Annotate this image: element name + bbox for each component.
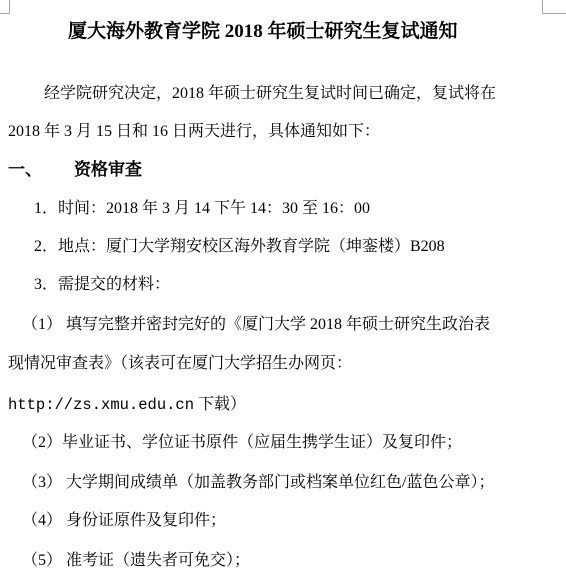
material-2: （2）毕业证书、学位证书原件（应届生携学生证）及复印件； (22, 433, 462, 453)
item-location: 2．地点：厦门大学翔安校区海外教育学院（坤銮楼）B208 (34, 237, 445, 257)
intro-line-1: 经学院研究决定，2018 年硕士研究生复试时间已确定，复试将在 (44, 84, 496, 104)
download-text: 下载） (194, 396, 246, 413)
section-title: 资格审查 (74, 160, 142, 179)
page-corner-mark-top-right (542, 0, 566, 14)
admissions-url-link[interactable]: http://zs.xmu.edu.cn (8, 396, 194, 414)
item-time: 1．时间：2018 年 3 月 14 下午 14：30 至 16：00 (34, 199, 370, 219)
material-3: （3） 大学期间成绩单（加盖教务部门或档案单位红色/蓝色公章）； (22, 473, 494, 493)
section-number: 一、 (8, 160, 42, 179)
section-heading: 一、资格审查 (8, 160, 142, 180)
intro-line-2: 2018 年 3 月 15 日和 16 日两天进行，具体通知如下： (8, 122, 380, 142)
page-corner-mark-top-left (0, 0, 10, 14)
material-1-line-1: （1） 填写完整并密封完好的《厦门大学 2018 年硕士研究生政治表 (22, 315, 490, 335)
material-1-line-2: 现情况审查表》（该表可在厦门大学招生办网页： (8, 354, 352, 374)
material-5: （5） 准考证（遗失者可免交）； (22, 551, 250, 571)
item-materials-label: 3．需提交的材料： (34, 275, 170, 295)
material-4: （4） 身份证原件及复印件； (22, 511, 226, 531)
material-1-line-3: http://zs.xmu.edu.cn 下载） (8, 395, 246, 415)
document-title: 厦大海外教育学院 2018 年硕士研究生复试通知 (68, 22, 458, 42)
